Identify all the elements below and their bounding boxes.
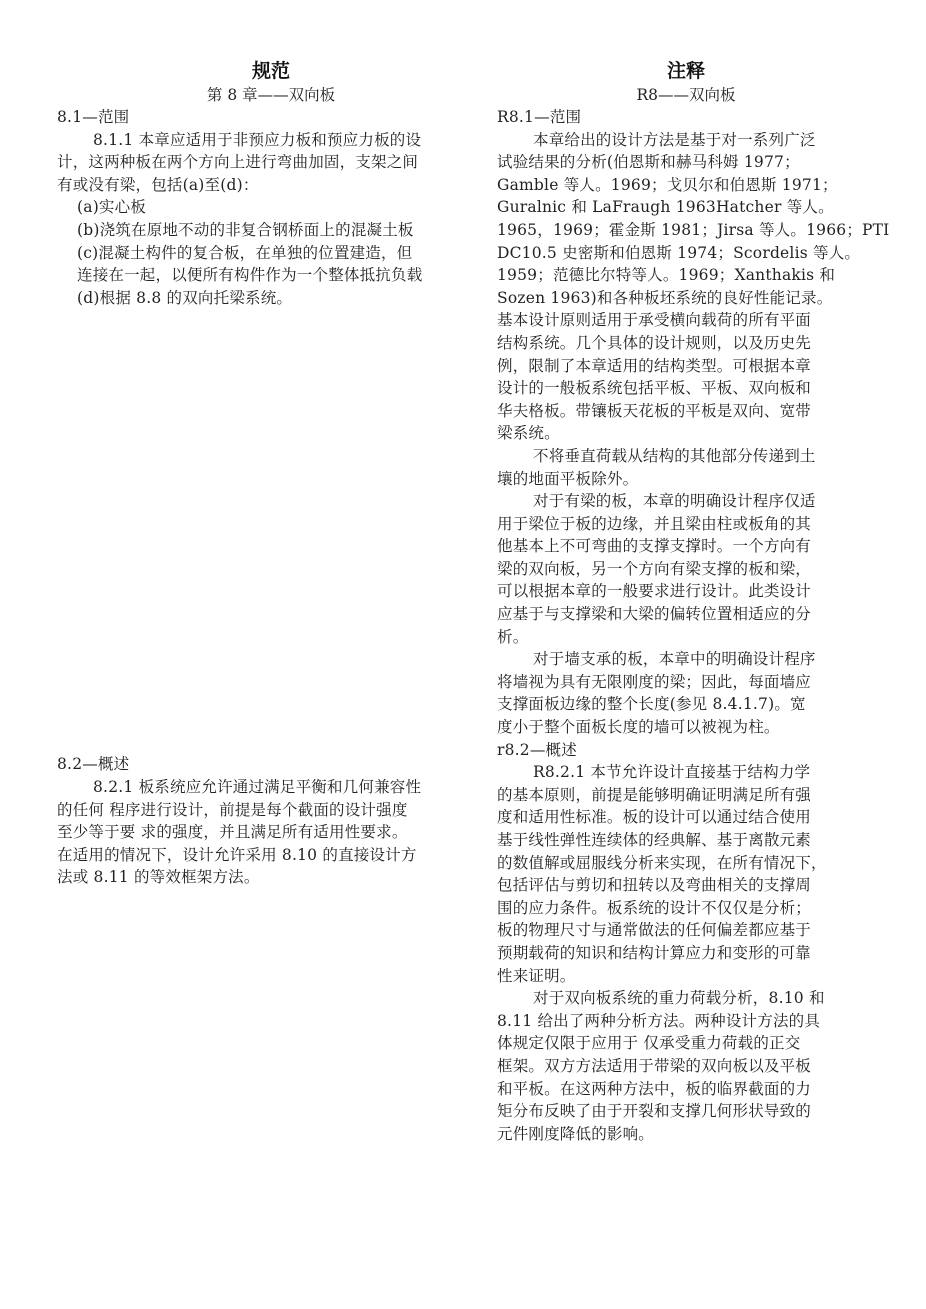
section-r8-1: R8.1—范围 本章给出的设计方法是基于对一系列广泛 试验结果的分析(伯恩斯和赫… bbox=[497, 106, 875, 739]
paragraph-line: 试验结果的分析(伯恩斯和赫马科姆 1977； bbox=[497, 151, 875, 174]
paragraph-line: 支撑面板边缘的整个长度(参见 8.4.1.7)。宽 bbox=[497, 693, 875, 716]
paragraph-line: 不将垂直荷载从结构的其他部分传递到土 bbox=[497, 445, 875, 468]
paragraph-line: 对于墙支承的板，本章中的明确设计程序 bbox=[497, 648, 875, 671]
paragraph-line: 8.2.1 板系统应允许通过满足平衡和几何兼容性 bbox=[57, 776, 485, 799]
section-heading: 8.1—范围 bbox=[57, 106, 485, 129]
paragraph-line: 的任何 程序进行设计，前提是每个截面的设计强度 bbox=[57, 799, 485, 822]
paragraph-line: 1959；范德比尔特等人。1969；Xanthakis 和 bbox=[497, 264, 875, 287]
paragraph-line: 可以根据本章的一般要求进行设计。此类设计 bbox=[497, 580, 875, 603]
paragraph-line: 8.11 给出了两种分析方法。两种设计方法的具 bbox=[497, 1010, 875, 1033]
paragraph-line: 元件刚度降低的影响。 bbox=[497, 1123, 875, 1146]
section-heading: 8.2—概述 bbox=[57, 753, 485, 776]
column-spacer bbox=[57, 309, 485, 753]
paragraph-line: 预期载荷的知识和结构计算应力和变形的可靠 bbox=[497, 942, 875, 965]
paragraph-line: 本章给出的设计方法是基于对一系列广泛 bbox=[497, 129, 875, 152]
paragraph-line: 1965，1969；霍金斯 1981；Jirsa 等人。1966；PTI bbox=[497, 219, 875, 242]
paragraph-line: 和平板。在这两种方法中，板的临界截面的力 bbox=[497, 1078, 875, 1101]
code-title: 规范 bbox=[57, 58, 485, 84]
code-column: 规范 第 8 章——双向板 8.1—范围 8.1.1 本章应适用于非预应力板和预… bbox=[57, 58, 485, 889]
list-item: (d)根据 8.8 的双向托梁系统。 bbox=[57, 287, 485, 310]
chapter-subtitle: 第 8 章——双向板 bbox=[57, 84, 485, 106]
section-8-1: 8.1—范围 8.1.1 本章应适用于非预应力板和预应力板的设 计，这两种板在两… bbox=[57, 106, 485, 309]
commentary-column: 注释 R8——双向板 R8.1—范围 本章给出的设计方法是基于对一系列广泛 试验… bbox=[497, 58, 875, 1145]
paragraph-line: 壤的地面平板除外。 bbox=[497, 468, 875, 491]
list-item: (b)浇筑在原地不动的非复合钢桥面上的混凝土板 bbox=[57, 219, 485, 242]
paragraph-line: 结构系统。几个具体的设计规则，以及历史先 bbox=[497, 332, 875, 355]
paragraph-line: 应基于与支撑梁和大梁的偏转位置相适应的分 bbox=[497, 603, 875, 626]
paragraph-line: 8.1.1 本章应适用于非预应力板和预应力板的设 bbox=[57, 129, 485, 152]
paragraph-line: 华夫格板。带镶板天花板的平板是双向、宽带 bbox=[497, 400, 875, 423]
section-heading: R8.1—范围 bbox=[497, 106, 875, 129]
paragraph-line: 的数值解或屈服线分析来实现，在所有情况下， bbox=[497, 852, 875, 875]
paragraph-line: 框架。双方方法适用于带梁的双向板以及平板 bbox=[497, 1055, 875, 1078]
paragraph-line: 围的应力条件。板系统的设计不仅仅是分析； bbox=[497, 897, 875, 920]
paragraph-line: 有或没有梁，包括(a)至(d)： bbox=[57, 174, 485, 197]
paragraph-line: Gamble 等人。1969；戈贝尔和伯恩斯 1971； bbox=[497, 174, 875, 197]
section-heading: r8.2—概述 bbox=[497, 739, 875, 762]
paragraph-line: 用于梁位于板的边缘，并且梁由柱或板角的其 bbox=[497, 513, 875, 536]
paragraph-line: 梁系统。 bbox=[497, 422, 875, 445]
paragraph-line: Sozen 1963)和各种板坯系统的良好性能记录。 bbox=[497, 287, 875, 310]
paragraph-line: 对于双向板系统的重力荷载分析，8.10 和 bbox=[497, 987, 875, 1010]
section-r8-2: r8.2—概述 R8.2.1 本节允许设计直接基于结构力学 的基本原则，前提是能… bbox=[497, 739, 875, 1146]
paragraph-line: 包括评估与剪切和扭转以及弯曲相关的支撑周 bbox=[497, 874, 875, 897]
paragraph-line: 例，限制了本章适用的结构类型。可根据本章 bbox=[497, 355, 875, 378]
paragraph-line: DC10.5 史密斯和伯恩斯 1974；Scordelis 等人。 bbox=[497, 242, 875, 265]
paragraph-line: 矩分布反映了由于开裂和支撑几何形状导致的 bbox=[497, 1100, 875, 1123]
paragraph-line: R8.2.1 本节允许设计直接基于结构力学 bbox=[497, 761, 875, 784]
paragraph-line: 设计的一般板系统包括平板、平板、双向板和 bbox=[497, 377, 875, 400]
section-8-2: 8.2—概述 8.2.1 板系统应允许通过满足平衡和几何兼容性 的任何 程序进行… bbox=[57, 753, 485, 889]
paragraph-line: 基本设计原则适用于承受横向载荷的所有平面 bbox=[497, 309, 875, 332]
list-item: (c)混凝土构件的复合板，在单独的位置建造，但 bbox=[57, 242, 485, 265]
paragraph-line: 将墙视为具有无限刚度的梁；因此，每面墙应 bbox=[497, 671, 875, 694]
paragraph-line: 性来证明。 bbox=[497, 965, 875, 988]
paragraph-line: 体规定仅限于应用于 仅承受重力荷载的正交 bbox=[497, 1032, 875, 1055]
paragraph-line: 基于线性弹性连续体的经典解、基于离散元素 bbox=[497, 829, 875, 852]
paragraph-line: 对于有梁的板，本章的明确设计程序仅适 bbox=[497, 490, 875, 513]
paragraph-line: 析。 bbox=[497, 626, 875, 649]
paragraph-line: 在适用的情况下，设计允许采用 8.10 的直接设计方 bbox=[57, 844, 485, 867]
list-item-continuation: 连接在一起，以便所有构件作为一个整体抵抗负载 bbox=[57, 264, 485, 287]
paragraph-line: 度小于整个面板长度的墙可以被视为柱。 bbox=[497, 716, 875, 739]
chapter-subtitle: R8——双向板 bbox=[497, 84, 875, 106]
paragraph-line: 法或 8.11 的等效框架方法。 bbox=[57, 866, 485, 889]
paragraph-line: 板的物理尺寸与通常做法的任何偏差都应基于 bbox=[497, 919, 875, 942]
list-item: (a)实心板 bbox=[57, 196, 485, 219]
paragraph-line: 他基本上不可弯曲的支撑支撑时。一个方向有 bbox=[497, 535, 875, 558]
commentary-title: 注释 bbox=[497, 58, 875, 84]
paragraph-line: 的基本原则，前提是能够明确证明满足所有强 bbox=[497, 784, 875, 807]
paragraph-line: 度和适用性标准。板的设计可以通过结合使用 bbox=[497, 806, 875, 829]
paragraph-line: 计，这两种板在两个方向上进行弯曲加固，支架之间 bbox=[57, 151, 485, 174]
paragraph-line: 至少等于要 求的强度，并且满足所有适用性要求。 bbox=[57, 821, 485, 844]
paragraph-line: Guralnic 和 LaFraugh 1963Hatcher 等人。 bbox=[497, 196, 875, 219]
paragraph-line: 梁的双向板，另一个方向有梁支撑的板和梁， bbox=[497, 558, 875, 581]
